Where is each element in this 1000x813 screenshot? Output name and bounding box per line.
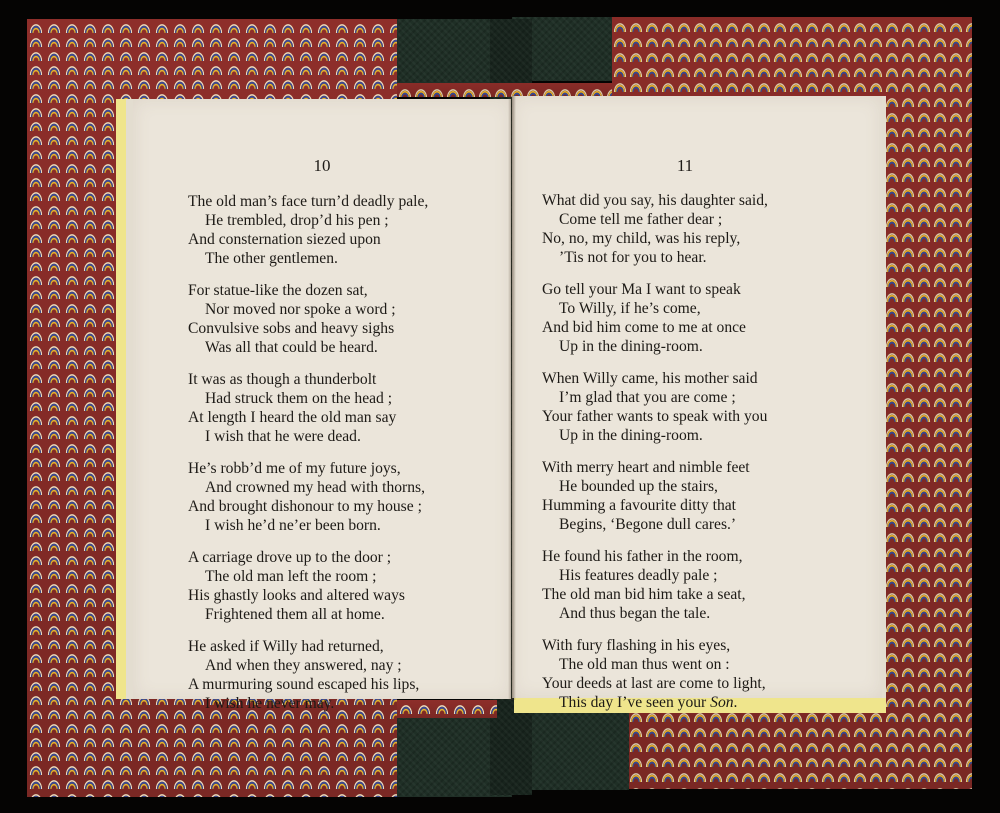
verse-line: I wish he’d ne’er been born. bbox=[188, 516, 428, 535]
verse-line: It was as though a thunderbolt bbox=[188, 370, 428, 389]
verse-line: At length I heard the old man say bbox=[188, 408, 428, 427]
italic-word: Son bbox=[710, 694, 733, 711]
right-page-verse: What did you say, his daughter said,Come… bbox=[542, 191, 768, 725]
verse-line: I’m glad that you are come ; bbox=[542, 388, 768, 407]
left-page-yellow-edge bbox=[116, 99, 126, 699]
verse-line: And bid him come to me at once bbox=[542, 318, 768, 337]
verse-line: Frightened them all at home. bbox=[188, 605, 428, 624]
stanza: He asked if Willy had returned,And when … bbox=[188, 637, 428, 713]
stanza: When Willy came, his mother saidI’m glad… bbox=[542, 369, 768, 445]
verse-line: To Willy, if he’s come, bbox=[542, 299, 768, 318]
verse-line: Up in the dining-room. bbox=[542, 337, 768, 356]
stanza: He found his father in the room,His feat… bbox=[542, 547, 768, 623]
verse-line: Your deeds at last are come to light, bbox=[542, 674, 768, 693]
left-page-verse: The old man’s face turn’d deadly pale,He… bbox=[188, 192, 428, 726]
verse-line: This day I’ve seen your Son. bbox=[542, 693, 768, 712]
verse-line: And brought dishonour to my house ; bbox=[188, 497, 428, 516]
verse-line: And crowned my head with thorns, bbox=[188, 478, 428, 497]
verse-line: Begins, ‘Begone dull cares.’ bbox=[542, 515, 768, 534]
book-gutter bbox=[508, 96, 516, 700]
stanza: With fury flashing in his eyes,The old m… bbox=[542, 636, 768, 712]
left-page: 10 The old man’s face turn’d deadly pale… bbox=[133, 99, 511, 699]
stanza: He’s robb’d me of my future joys,And cro… bbox=[188, 459, 428, 535]
verse-line: A carriage drove up to the door ; bbox=[188, 548, 428, 567]
verse-line: The other gentlemen. bbox=[188, 249, 428, 268]
verse-line: Convulsive sobs and heavy sighs bbox=[188, 319, 428, 338]
right-page-number: 11 bbox=[500, 156, 870, 176]
verse-line: I wish he never may. bbox=[188, 694, 428, 713]
verse-line: Your father wants to speak with you bbox=[542, 407, 768, 426]
verse-line: What did you say, his daughter said, bbox=[542, 191, 768, 210]
right-page: 11 What did you say, his daughter said,C… bbox=[512, 96, 882, 698]
verse-line: He trembled, drop’d his pen ; bbox=[188, 211, 428, 230]
stanza: The old man’s face turn’d deadly pale,He… bbox=[188, 192, 428, 268]
verse-line: Had struck them on the head ; bbox=[188, 389, 428, 408]
stanza: For statue-like the dozen sat,Nor moved … bbox=[188, 281, 428, 357]
verse-line: He found his father in the room, bbox=[542, 547, 768, 566]
verse-line: The old man’s face turn’d deadly pale, bbox=[188, 192, 428, 211]
verse-line: Was all that could be heard. bbox=[188, 338, 428, 357]
verse-line: Up in the dining-room. bbox=[542, 426, 768, 445]
verse-line: His ghastly looks and altered ways bbox=[188, 586, 428, 605]
verse-line: Come tell me father dear ; bbox=[542, 210, 768, 229]
verse-line: He asked if Willy had returned, bbox=[188, 637, 428, 656]
verse-line: He bounded up the stairs, bbox=[542, 477, 768, 496]
verse-line: With merry heart and nimble feet bbox=[542, 458, 768, 477]
verse-line: When Willy came, his mother said bbox=[542, 369, 768, 388]
verse-line: With fury flashing in his eyes, bbox=[542, 636, 768, 655]
verse-line: For statue-like the dozen sat, bbox=[188, 281, 428, 300]
stanza: What did you say, his daughter said,Come… bbox=[542, 191, 768, 267]
verse-line: Nor moved nor spoke a word ; bbox=[188, 300, 428, 319]
verse-line: His features deadly pale ; bbox=[542, 566, 768, 585]
stanza: With merry heart and nimble feetHe bound… bbox=[542, 458, 768, 534]
left-page-number: 10 bbox=[133, 156, 511, 176]
stanza: Go tell your Ma I want to speakTo Willy,… bbox=[542, 280, 768, 356]
verse-line: And thus began the tale. bbox=[542, 604, 768, 623]
verse-line: The old man bid him take a seat, bbox=[542, 585, 768, 604]
verse-line: I wish that he were dead. bbox=[188, 427, 428, 446]
verse-line: Go tell your Ma I want to speak bbox=[542, 280, 768, 299]
verse-line: He’s robb’d me of my future joys, bbox=[188, 459, 428, 478]
stanza: It was as though a thunderboltHad struck… bbox=[188, 370, 428, 446]
verse-line: No, no, my child, was his reply, bbox=[542, 229, 768, 248]
verse-line: ’Tis not for you to hear. bbox=[542, 248, 768, 267]
verse-line: The old man left the room ; bbox=[188, 567, 428, 586]
stanza: A carriage drove up to the door ;The old… bbox=[188, 548, 428, 624]
top-spine-marble-strip bbox=[397, 83, 612, 97]
verse-line: And when they answered, nay ; bbox=[188, 656, 428, 675]
verse-line: And consternation siezed upon bbox=[188, 230, 428, 249]
verse-line: The old man thus went on : bbox=[542, 655, 768, 674]
verse-line: A murmuring sound escaped his lips, bbox=[188, 675, 428, 694]
verse-line: Humming a favourite ditty that bbox=[542, 496, 768, 515]
